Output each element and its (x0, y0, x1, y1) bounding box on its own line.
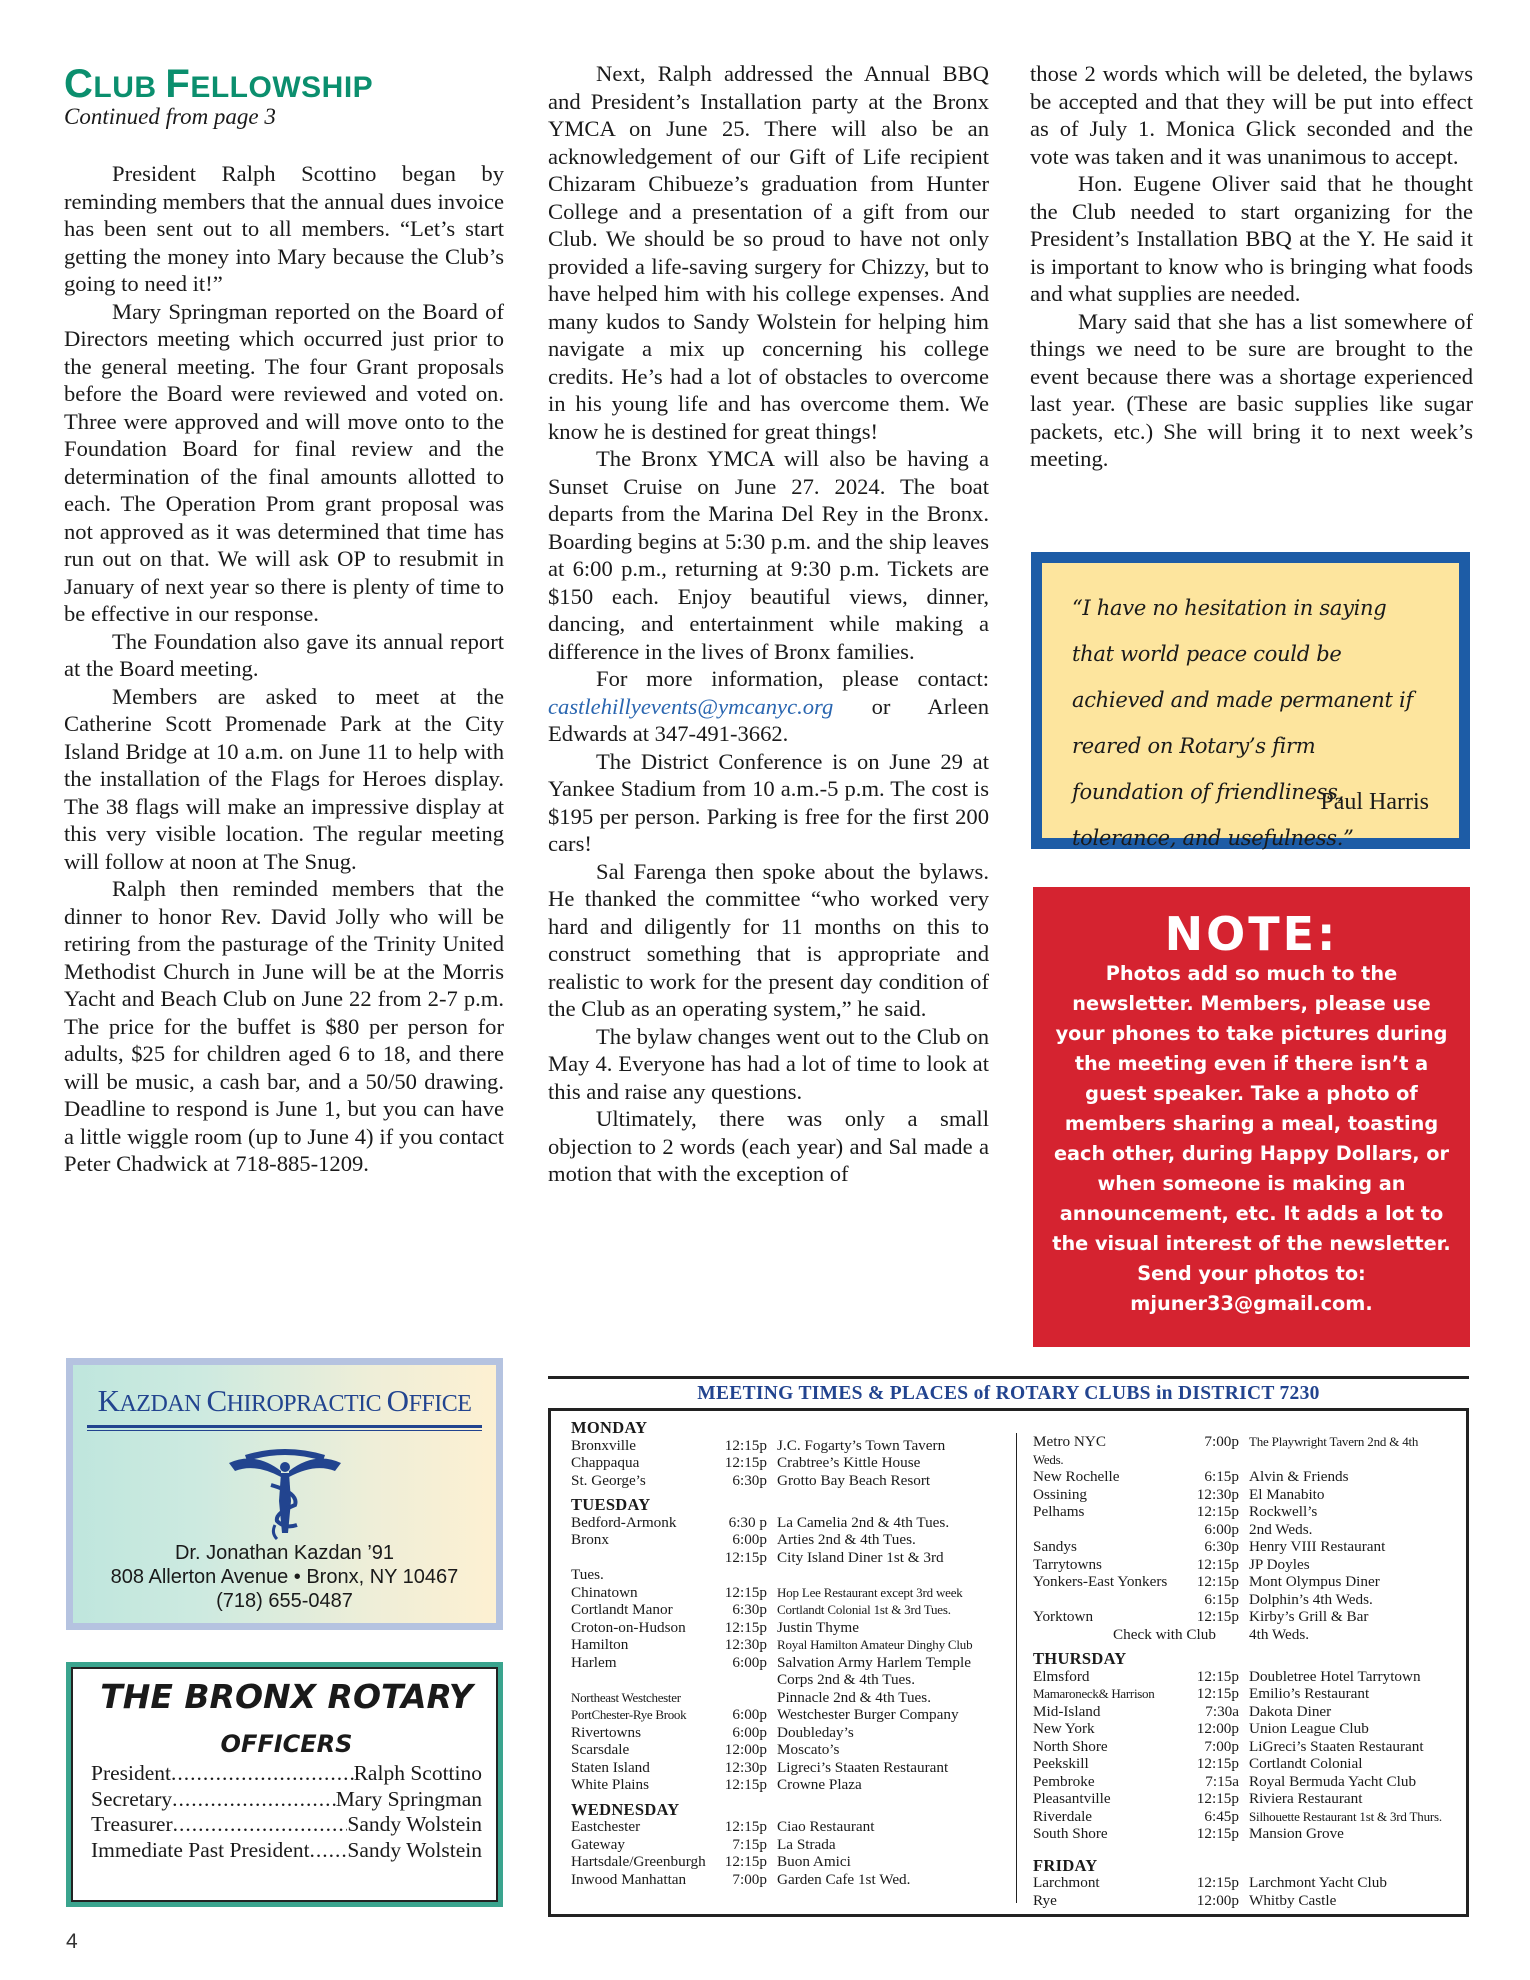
club-name: Northeast Westchester (571, 1689, 711, 1707)
meeting-time: 6:00p (711, 1706, 767, 1724)
quote-box: “I have no hesitation in saying that wor… (1031, 552, 1470, 849)
meeting-time: 7:15p (711, 1836, 767, 1854)
club-name: Check with Club (1033, 1626, 1239, 1644)
meeting-row: Staten Island12:30pLigreci’s Staaten Res… (571, 1759, 1011, 1777)
meeting-place: Riviera Restaurant (1239, 1790, 1362, 1808)
meeting-time: 6:00p (1183, 1521, 1239, 1539)
meeting-row: Bronxville12:15pJ.C. Fogarty’s Town Tave… (571, 1437, 1011, 1455)
meeting-place: Kirby’s Grill & Bar (1239, 1608, 1368, 1626)
meeting-time: 12:15p (711, 1853, 767, 1871)
ad-title: KAZDAN CHIROPRACTIC OFFICE (73, 1365, 496, 1419)
officers-panel: THE BRONX ROTARY OFFICERS PresidentRalph… (71, 1667, 498, 1902)
chiropractic-ad: KAZDAN CHIROPRACTIC OFFICE Dr. Jonathan … (66, 1358, 503, 1630)
heading-rest: LUB (93, 71, 165, 104)
meeting-time: 12:30p (1183, 1486, 1239, 1504)
meeting-time: 12:30p (711, 1759, 767, 1777)
meeting-place: Hop Lee Restaurant except 3rd week (767, 1584, 963, 1602)
contact-paragraph: For more information, please contact: ca… (548, 665, 989, 748)
officer-role: President (91, 1761, 171, 1787)
club-name: Tarrytowns (1033, 1556, 1183, 1574)
meeting-time: 6:00p (711, 1724, 767, 1742)
club-name: Cortlandt Manor (571, 1601, 711, 1619)
officer-role: Treasurer (91, 1812, 173, 1838)
meeting-time: 12:15p (711, 1437, 767, 1455)
meeting-place: Cortlandt Colonial (1239, 1755, 1362, 1773)
paragraph: The bylaw changes went out to the Club o… (548, 1023, 989, 1106)
note-box: NOTE: Photos add so much to the newslett… (1033, 887, 1470, 1347)
meeting-place: Arties 2nd & 4th Tues. (767, 1531, 916, 1549)
ad-title-rule (87, 1425, 482, 1431)
meeting-row: White Plains12:15pCrowne Plaza (571, 1776, 1011, 1794)
meeting-row: Chinatown12:15pHop Lee Restaurant except… (571, 1584, 1011, 1602)
club-name: Staten Island (571, 1759, 711, 1777)
club-name: Scarsdale (571, 1741, 711, 1759)
officer-role: Secretary (91, 1787, 172, 1813)
meeting-row: 12:15pCity Island Diner 1st & 3rd (571, 1549, 1011, 1567)
meeting-time: 12:15p (711, 1584, 767, 1602)
meeting-place: Royal Bermuda Yacht Club (1239, 1773, 1416, 1791)
meeting-row: Croton-on-Hudson12:15pJustin Thyme (571, 1619, 1011, 1637)
meeting-row: Corps 2nd & 4th Tues. (571, 1671, 1011, 1689)
meeting-row: Check with Club4th Weds. (1033, 1626, 1463, 1644)
officer-row: Immediate Past PresidentSandy Wolstein (91, 1838, 482, 1864)
club-name: Inwood Manhattan (571, 1871, 711, 1889)
paragraph: Next, Ralph addressed the Annual BBQ and… (548, 60, 989, 445)
meeting-time: 12:15p (711, 1818, 767, 1836)
meeting-place: Ligreci’s Staaten Restaurant (767, 1759, 948, 1777)
club-name: Peekskill (1033, 1755, 1183, 1773)
paragraph: Hon. Eugene Oliver said that he thought … (1030, 170, 1473, 308)
club-name: Croton-on-Hudson (571, 1619, 711, 1637)
meeting-row: Pleasantville12:15pRiviera Restaurant (1033, 1790, 1463, 1808)
meeting-row: Bronx6:00pArties 2nd & 4th Tues. (571, 1531, 1011, 1549)
officers-subtitle: OFFICERS (91, 1727, 482, 1761)
meeting-row: Scarsdale12:00pMoscato’s (571, 1741, 1011, 1759)
meeting-row: Pelhams12:15pRockwell’s (1033, 1503, 1463, 1521)
column-divider (1016, 1433, 1017, 1903)
meeting-time (711, 1689, 767, 1707)
club-name: Hartsdale/Greenburgh (571, 1853, 721, 1871)
paragraph: Mary said that she has a list somewhere … (1030, 308, 1473, 473)
meeting-place: 2nd Weds. (1239, 1521, 1312, 1539)
meeting-place: LiGreci’s Staaten Restaurant (1239, 1738, 1424, 1756)
meeting-time: 12:15p (1183, 1790, 1239, 1808)
meeting-row: Bedford-Armonk6:30 pLa Camelia 2nd & 4th… (571, 1514, 1011, 1532)
meeting-row: Mid-Island7:30aDakota Diner (1033, 1703, 1463, 1721)
heading-cap: F (165, 62, 190, 106)
meetings-table: MONDAY Bronxville12:15pJ.C. Fogarty’s To… (548, 1408, 1469, 1917)
meeting-time: 12:30p (711, 1636, 767, 1654)
meeting-row: Sandys6:30pHenry VIII Restaurant (1033, 1538, 1463, 1556)
meeting-place: Crabtree’s Kittle House (767, 1454, 920, 1472)
contact-intro: For more information, please contact: (596, 666, 989, 691)
club-name: White Plains (571, 1776, 711, 1794)
article-heading: CLUB FELLOWSHIP (64, 62, 373, 107)
meeting-place: J.C. Fogarty’s Town Tavern (767, 1437, 945, 1455)
meeting-place: Rockwell’s (1239, 1503, 1317, 1521)
club-name: Pleasantville (1033, 1790, 1183, 1808)
club-name: New York (1033, 1720, 1183, 1738)
note-body: Photos add so much to the newsletter. Me… (1045, 959, 1458, 1319)
club-name: Sandys (1033, 1538, 1183, 1556)
club-name: Chappaqua (571, 1454, 711, 1472)
meeting-row: North Shore7:00pLiGreci’s Staaten Restau… (1033, 1738, 1463, 1756)
leader-dots (173, 1812, 348, 1838)
club-name: Elmsford (1033, 1668, 1183, 1686)
meeting-place: Crowne Plaza (767, 1776, 862, 1794)
paragraph: Mary Springman reported on the Board of … (64, 298, 504, 628)
officer-name: Sandy Wolstein (347, 1812, 482, 1838)
note-title: NOTE: (1045, 909, 1458, 959)
meeting-place: La Camelia 2nd & 4th Tues. (767, 1514, 949, 1532)
officers-title: THE BRONX ROTARY (91, 1675, 482, 1719)
club-name: Weds. (1033, 1451, 1183, 1469)
club-name: Harlem (571, 1654, 711, 1672)
meeting-time: 6:15p (1183, 1591, 1239, 1609)
paragraph: The Foundation also gave its annual repo… (64, 628, 504, 683)
article-column-3: those 2 words which will be deleted, the… (1030, 60, 1473, 473)
day-heading-tuesday: TUESDAY (571, 1496, 1011, 1514)
club-name: Mamaroneck& Harrison (1033, 1685, 1183, 1703)
meeting-place: Union League Club (1239, 1720, 1369, 1738)
club-name: Ossining (1033, 1486, 1183, 1504)
meeting-row: New Rochelle6:15pAlvin & Friends (1033, 1468, 1463, 1486)
meetings-right-column: Metro NYC7:00pThe Playwright Tavern 2nd … (1033, 1433, 1463, 1909)
club-name: Rye (1033, 1892, 1183, 1910)
meeting-time (711, 1671, 767, 1689)
club-name (1033, 1521, 1183, 1539)
club-name: Larchmont (1033, 1874, 1183, 1892)
club-name (1033, 1591, 1183, 1609)
meeting-row: Pembroke7:15aRoyal Bermuda Yacht Club (1033, 1773, 1463, 1791)
meeting-place: Doubletree Hotel Tarrytown (1239, 1668, 1421, 1686)
meeting-place: La Strada (767, 1836, 836, 1854)
meeting-place: Garden Cafe 1st Wed. (767, 1871, 910, 1889)
heading-cap: C (64, 62, 93, 106)
meeting-time: 12:15p (1183, 1874, 1239, 1892)
meeting-row: Cortlandt Manor6:30pCortlandt Colonial 1… (571, 1601, 1011, 1619)
meeting-row: 6:15pDolphin’s 4th Weds. (1033, 1591, 1463, 1609)
club-name: North Shore (1033, 1738, 1183, 1756)
page-number: 4 (66, 1930, 78, 1954)
meeting-place: Mont Olympus Diner (1239, 1573, 1380, 1591)
officer-role: Immediate Past President (91, 1838, 310, 1864)
meetings-left-column: MONDAY Bronxville12:15pJ.C. Fogarty’s To… (571, 1419, 1011, 1888)
meeting-time: 12:15p (711, 1619, 767, 1637)
meeting-place: Whitby Castle (1239, 1892, 1336, 1910)
meeting-row: Larchmont12:15pLarchmont Yacht Club (1033, 1874, 1463, 1892)
meetings-title: MEETING TIMES & PLACES of ROTARY CLUBS i… (548, 1383, 1469, 1405)
meeting-place: Alvin & Friends (1239, 1468, 1349, 1486)
ad-title-rest: HIROPRACTIC (227, 1391, 387, 1417)
club-name (571, 1549, 711, 1567)
paragraph: The District Conference is on June 29 at… (548, 748, 989, 858)
meeting-place: Grotto Bay Beach Resort (767, 1472, 930, 1490)
meeting-time: 12:15p (1183, 1685, 1239, 1703)
meeting-place: El Manabito (1239, 1486, 1325, 1504)
leader-dots (171, 1761, 354, 1787)
meeting-place: Corps 2nd & 4th Tues. (767, 1671, 915, 1689)
club-name: Hamilton (571, 1636, 711, 1654)
meeting-place: Cortlandt Colonial 1st & 3rd Tues. (767, 1601, 951, 1619)
meeting-row: Inwood Manhattan7:00pGarden Cafe 1st Wed… (571, 1871, 1011, 1889)
club-name: Metro NYC (1033, 1433, 1183, 1451)
quote-panel: “I have no hesitation in saying that wor… (1042, 563, 1459, 838)
officer-row: PresidentRalph Scottino (91, 1761, 482, 1787)
club-name: Bedford-Armonk (571, 1514, 711, 1532)
article-column-1: President Ralph Scottino began by remind… (64, 160, 504, 1178)
meeting-row: Ossining12:30pEl Manabito (1033, 1486, 1463, 1504)
meeting-time: 7:00p (711, 1871, 767, 1889)
club-name: Pelhams (1033, 1503, 1183, 1521)
meeting-place: Silhouette Restaurant 1st & 3rd Thurs. (1239, 1808, 1442, 1826)
club-name: Bronxville (571, 1437, 711, 1455)
meeting-time: 12:15p (1183, 1755, 1239, 1773)
meeting-place: Mansion Grove (1239, 1825, 1344, 1843)
meeting-row: Weds. (1033, 1451, 1463, 1469)
ad-title-cap: O (387, 1383, 409, 1418)
day-heading-monday: MONDAY (571, 1419, 1011, 1437)
meeting-place: Ciao Restaurant (767, 1818, 874, 1836)
meeting-place: Doubleday’s (767, 1724, 854, 1742)
meeting-time: 12:00p (711, 1741, 767, 1759)
meeting-time (711, 1566, 767, 1584)
club-name: Chinatown (571, 1584, 711, 1602)
ad-title-cap: C (206, 1383, 226, 1418)
day-heading-thursday: THURSDAY (1033, 1650, 1463, 1668)
meeting-row: Rivertowns6:00pDoubleday’s (571, 1724, 1011, 1742)
article-column-2: Next, Ralph addressed the Annual BBQ and… (548, 60, 989, 1188)
meeting-time: 6:00p (711, 1654, 767, 1672)
meeting-time: 6:30p (1183, 1538, 1239, 1556)
club-name: Tues. (571, 1566, 711, 1584)
quote-text: “I have no hesitation in saying that wor… (1072, 585, 1433, 861)
meeting-time: 12:15p (1183, 1573, 1239, 1591)
ad-doctor-name: Dr. Jonathan Kazdan ’91 (73, 1541, 496, 1565)
meeting-time: 7:15a (1183, 1773, 1239, 1791)
club-name: PortChester-Rye Brook (571, 1706, 711, 1724)
meeting-row: South Shore12:15pMansion Grove (1033, 1825, 1463, 1843)
leader-dots (172, 1787, 336, 1813)
meeting-row: Elmsford12:15pDoubletree Hotel Tarrytown (1033, 1668, 1463, 1686)
officer-row: TreasurerSandy Wolstein (91, 1812, 482, 1838)
meeting-place: Royal Hamilton Amateur Dinghy Club (767, 1636, 972, 1654)
paragraph: The Bronx YMCA will also be having a Sun… (548, 445, 989, 665)
meeting-time: 6:30p (711, 1601, 767, 1619)
meeting-row: Chappaqua12:15pCrabtree’s Kittle House (571, 1454, 1011, 1472)
club-name: Yonkers-East Yonkers (1033, 1573, 1183, 1591)
meeting-time: 6:30p (711, 1472, 767, 1490)
meeting-place: Westchester Burger Company (767, 1706, 959, 1724)
paragraph-continuation: those 2 words which will be deleted, the… (1030, 60, 1473, 170)
meeting-time: 6:30 p (711, 1514, 767, 1532)
club-name: Mid-Island (1033, 1703, 1183, 1721)
meeting-row: New York12:00pUnion League Club (1033, 1720, 1463, 1738)
meeting-time: 6:45p (1183, 1808, 1239, 1826)
meeting-place: JP Doyles (1239, 1556, 1310, 1574)
ad-panel: KAZDAN CHIROPRACTIC OFFICE Dr. Jonathan … (73, 1365, 496, 1623)
paragraph: Ultimately, there was only a small objec… (548, 1105, 989, 1188)
meeting-place: Henry VIII Restaurant (1239, 1538, 1385, 1556)
meeting-time: 12:15p (1183, 1825, 1239, 1843)
club-name: Eastchester (571, 1818, 711, 1836)
meeting-row: Yorktown12:15pKirby’s Grill & Bar (1033, 1608, 1463, 1626)
meeting-time: 12:15p (1183, 1668, 1239, 1686)
meeting-place (767, 1566, 777, 1584)
meeting-place: 4th Weds. (1239, 1626, 1309, 1644)
ad-phone: (718) 655-0487 (73, 1589, 496, 1613)
club-name: St. George’s (571, 1472, 711, 1490)
meeting-row: St. George’s6:30pGrotto Bay Beach Resort (571, 1472, 1011, 1490)
officer-name: Mary Springman (336, 1787, 482, 1813)
meeting-place: Buon Amici (767, 1853, 851, 1871)
meeting-time: 7:00p (1183, 1433, 1239, 1451)
club-name (571, 1671, 711, 1689)
paragraph: President Ralph Scottino began by remind… (64, 160, 504, 298)
meeting-place: City Island Diner 1st & 3rd (767, 1549, 944, 1567)
meeting-row: Tues. (571, 1566, 1011, 1584)
meeting-row: Tarrytowns12:15pJP Doyles (1033, 1556, 1463, 1574)
club-name: New Rochelle (1033, 1468, 1183, 1486)
ad-title-cap: K (98, 1383, 120, 1418)
meeting-row: Gateway7:15pLa Strada (571, 1836, 1011, 1854)
paragraph: Members are asked to meet at the Catheri… (64, 683, 504, 876)
club-name: Pembroke (1033, 1773, 1183, 1791)
club-name: Riverdale (1033, 1808, 1183, 1826)
meeting-time: 6:15p (1183, 1468, 1239, 1486)
meeting-place: Justin Thyme (767, 1619, 859, 1637)
meeting-row: Metro NYC7:00pThe Playwright Tavern 2nd … (1033, 1433, 1463, 1451)
meeting-time (1183, 1451, 1239, 1469)
meeting-place (1239, 1451, 1249, 1469)
ad-address: 808 Allerton Avenue • Bronx, NY 10467 (73, 1565, 496, 1589)
meeting-time: 12:15p (1183, 1556, 1239, 1574)
meeting-row: 6:00p2nd Weds. (1033, 1521, 1463, 1539)
meeting-row: Harlem6:00pSalvation Army Harlem Temple (571, 1654, 1011, 1672)
meeting-time: 12:15p (1183, 1503, 1239, 1521)
meeting-row: Hamilton12:30pRoyal Hamilton Amateur Din… (571, 1636, 1011, 1654)
ad-title-rest: AZDAN (119, 1391, 206, 1417)
meeting-row: Hartsdale/Greenburgh12:15pBuon Amici (571, 1853, 1011, 1871)
meeting-row: Riverdale6:45pSilhouette Restaurant 1st … (1033, 1808, 1463, 1826)
meeting-place: Moscato’s (767, 1741, 839, 1759)
ad-title-rest: FFICE (409, 1391, 472, 1417)
contact-email-link[interactable]: castlehillyevents@ymcanyc.org (548, 694, 833, 719)
meeting-place: Dakota Diner (1239, 1703, 1331, 1721)
meeting-time: 7:30a (1183, 1703, 1239, 1721)
meeting-place: Emilio’s Restaurant (1239, 1685, 1369, 1703)
meeting-time: 12:15p (711, 1776, 767, 1794)
continued-note: Continued from page 3 (64, 104, 276, 130)
meeting-row: Mamaroneck& Harrison12:15pEmilio’s Resta… (1033, 1685, 1463, 1703)
paragraph: Ralph then reminded members that the din… (64, 875, 504, 1178)
meeting-time: 7:00p (1183, 1738, 1239, 1756)
meeting-place: Dolphin’s 4th Weds. (1239, 1591, 1373, 1609)
meeting-row: PortChester-Rye Brook6:00pWestchester Bu… (571, 1706, 1011, 1724)
club-name: South Shore (1033, 1825, 1183, 1843)
paragraph: Sal Farenga then spoke about the bylaws.… (548, 858, 989, 1023)
club-name: Yorktown (1033, 1608, 1183, 1626)
day-heading-friday: FRIDAY (1033, 1857, 1463, 1875)
meeting-place: Larchmont Yacht Club (1239, 1874, 1387, 1892)
heading-rest: ELLOWSHIP (190, 71, 373, 104)
officer-row: SecretaryMary Springman (91, 1787, 482, 1813)
meeting-row: Yonkers-East Yonkers12:15pMont Olympus D… (1033, 1573, 1463, 1591)
meeting-place: Salvation Army Harlem Temple (767, 1654, 971, 1672)
meeting-place: The Playwright Tavern 2nd & 4th (1239, 1433, 1418, 1451)
officers-box: THE BRONX ROTARY OFFICERS PresidentRalph… (66, 1662, 503, 1907)
meeting-time: 12:00p (1183, 1892, 1239, 1910)
meeting-time: 12:15p (711, 1454, 767, 1472)
officer-name: Sandy Wolstein (347, 1838, 482, 1864)
quote-author: Paul Harris (1320, 789, 1429, 816)
meeting-row: Peekskill12:15pCortlandt Colonial (1033, 1755, 1463, 1773)
leader-dots (310, 1838, 348, 1864)
meetings-top-rule (548, 1376, 1469, 1379)
meeting-time: 12:15p (1183, 1608, 1239, 1626)
club-name: Gateway (571, 1836, 711, 1854)
day-heading-wednesday: WEDNESDAY (571, 1801, 1011, 1819)
club-name: Bronx (571, 1531, 711, 1549)
meeting-time: 12:00p (1183, 1720, 1239, 1738)
meeting-time: 6:00p (711, 1531, 767, 1549)
meeting-place: Pinnacle 2nd & 4th Tues. (767, 1689, 931, 1707)
officer-name: Ralph Scottino (354, 1761, 482, 1787)
meeting-row: Rye12:00pWhitby Castle (1033, 1892, 1463, 1910)
meeting-row: Eastchester12:15pCiao Restaurant (571, 1818, 1011, 1836)
caduceus-emblem-icon (225, 1441, 345, 1541)
meeting-row: Northeast WestchesterPinnacle 2nd & 4th … (571, 1689, 1011, 1707)
meeting-time: 12:15p (711, 1549, 767, 1567)
club-name: Rivertowns (571, 1724, 711, 1742)
